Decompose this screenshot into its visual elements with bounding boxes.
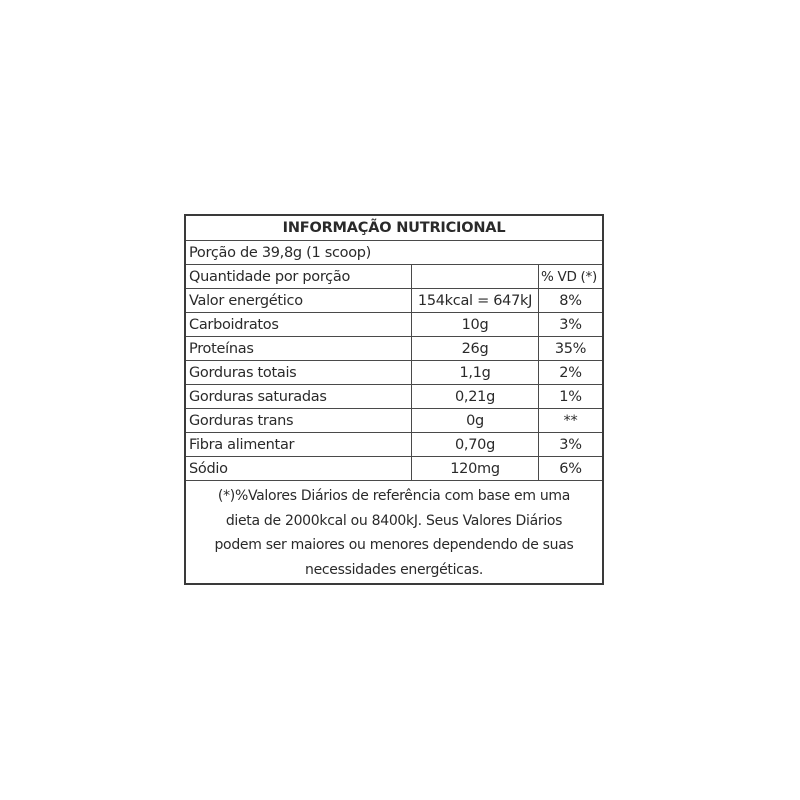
nutrient-daily-value: 3% [539, 313, 602, 336]
footnote-line: dieta de 2000kcal ou 8400kJ. Seus Valore… [192, 509, 596, 534]
nutrient-daily-value: ** [539, 409, 602, 432]
nutrient-name: Gorduras totais [186, 361, 412, 384]
table-row: Gorduras totais 1,1g 2% [186, 361, 602, 385]
table-row: Sódio 120mg 6% [186, 457, 602, 481]
header-name: Quantidade por porção [186, 265, 412, 288]
table-row: Valor energético 154kcal = 647kJ 8% [186, 289, 602, 313]
nutrient-quantity: 1,1g [412, 361, 539, 384]
footnote-line: podem ser maiores ou menores dependendo … [192, 533, 596, 558]
nutrient-name: Carboidratos [186, 313, 412, 336]
table-row: Fibra alimentar 0,70g 3% [186, 433, 602, 457]
nutrient-daily-value: 6% [539, 457, 602, 480]
table-header-row: Quantidade por porção % VD (*) [186, 265, 602, 289]
table-row: Proteínas 26g 35% [186, 337, 602, 361]
nutrient-daily-value: 3% [539, 433, 602, 456]
table-title: INFORMAÇÃO NUTRICIONAL [186, 216, 602, 241]
serving-size-text: Porção de 39,8g (1 scoop) [189, 245, 371, 261]
footnote-line: necessidades energéticas. [192, 558, 596, 583]
table-row: Gorduras trans 0g ** [186, 409, 602, 433]
nutrient-quantity: 154kcal = 647kJ [412, 289, 539, 312]
nutrient-name: Proteínas [186, 337, 412, 360]
nutrient-name: Fibra alimentar [186, 433, 412, 456]
nutrient-quantity: 120mg [412, 457, 539, 480]
header-daily-value: % VD (*) [539, 265, 602, 288]
nutrient-name: Valor energético [186, 289, 412, 312]
table-title-text: INFORMAÇÃO NUTRICIONAL [283, 220, 506, 236]
nutrition-facts-table: INFORMAÇÃO NUTRICIONAL Porção de 39,8g (… [184, 214, 604, 585]
nutrient-quantity: 0,70g [412, 433, 539, 456]
nutrient-quantity: 0,21g [412, 385, 539, 408]
header-quantity [412, 265, 539, 288]
daily-values-footnote: (*)%Valores Diários de referência com ba… [186, 484, 602, 582]
nutrient-daily-value: 1% [539, 385, 602, 408]
nutrient-quantity: 0g [412, 409, 539, 432]
nutrient-quantity: 10g [412, 313, 539, 336]
table-row: Carboidratos 10g 3% [186, 313, 602, 337]
nutrient-daily-value: 8% [539, 289, 602, 312]
nutrient-name: Gorduras trans [186, 409, 412, 432]
nutrient-quantity: 26g [412, 337, 539, 360]
serving-size-row: Porção de 39,8g (1 scoop) [186, 241, 602, 265]
nutrient-name: Gorduras saturadas [186, 385, 412, 408]
table-row: Gorduras saturadas 0,21g 1% [186, 385, 602, 409]
nutrient-daily-value: 2% [539, 361, 602, 384]
nutrient-name: Sódio [186, 457, 412, 480]
footnote-line: (*)%Valores Diários de referência com ba… [192, 484, 596, 509]
nutrient-daily-value: 35% [539, 337, 602, 360]
